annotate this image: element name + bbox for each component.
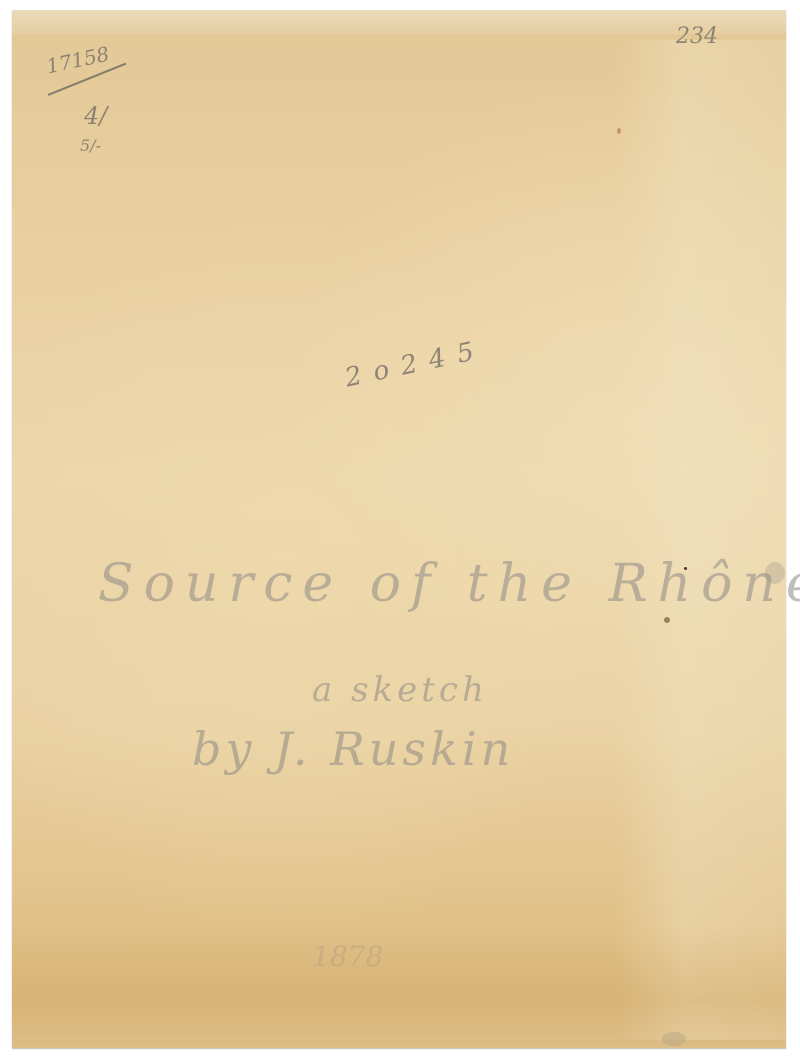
water-stain [662, 1032, 686, 1046]
bottom-mark: 1878 [312, 940, 383, 973]
inscription-line-2: a sketch [312, 670, 488, 710]
price-mark: 4/ [84, 102, 107, 130]
top-light-strip [12, 10, 786, 34]
page-number: 234 [676, 24, 718, 49]
inscription-line-3: by J. Ruskin [192, 722, 514, 776]
right-light-area [616, 40, 786, 1040]
foxing-spot [664, 617, 670, 623]
foxing-spot [617, 128, 621, 134]
paper-sheet: 17158 4/ 5/- 234 2 o 2 4 5 Source of the… [12, 10, 786, 1048]
price-mark-secondary: 5/- [80, 136, 101, 155]
bottom-stain [12, 928, 786, 1048]
reference-number: 2 o 2 4 5 [342, 337, 478, 394]
inscription-line-1: Source of the Rhône [98, 554, 800, 614]
